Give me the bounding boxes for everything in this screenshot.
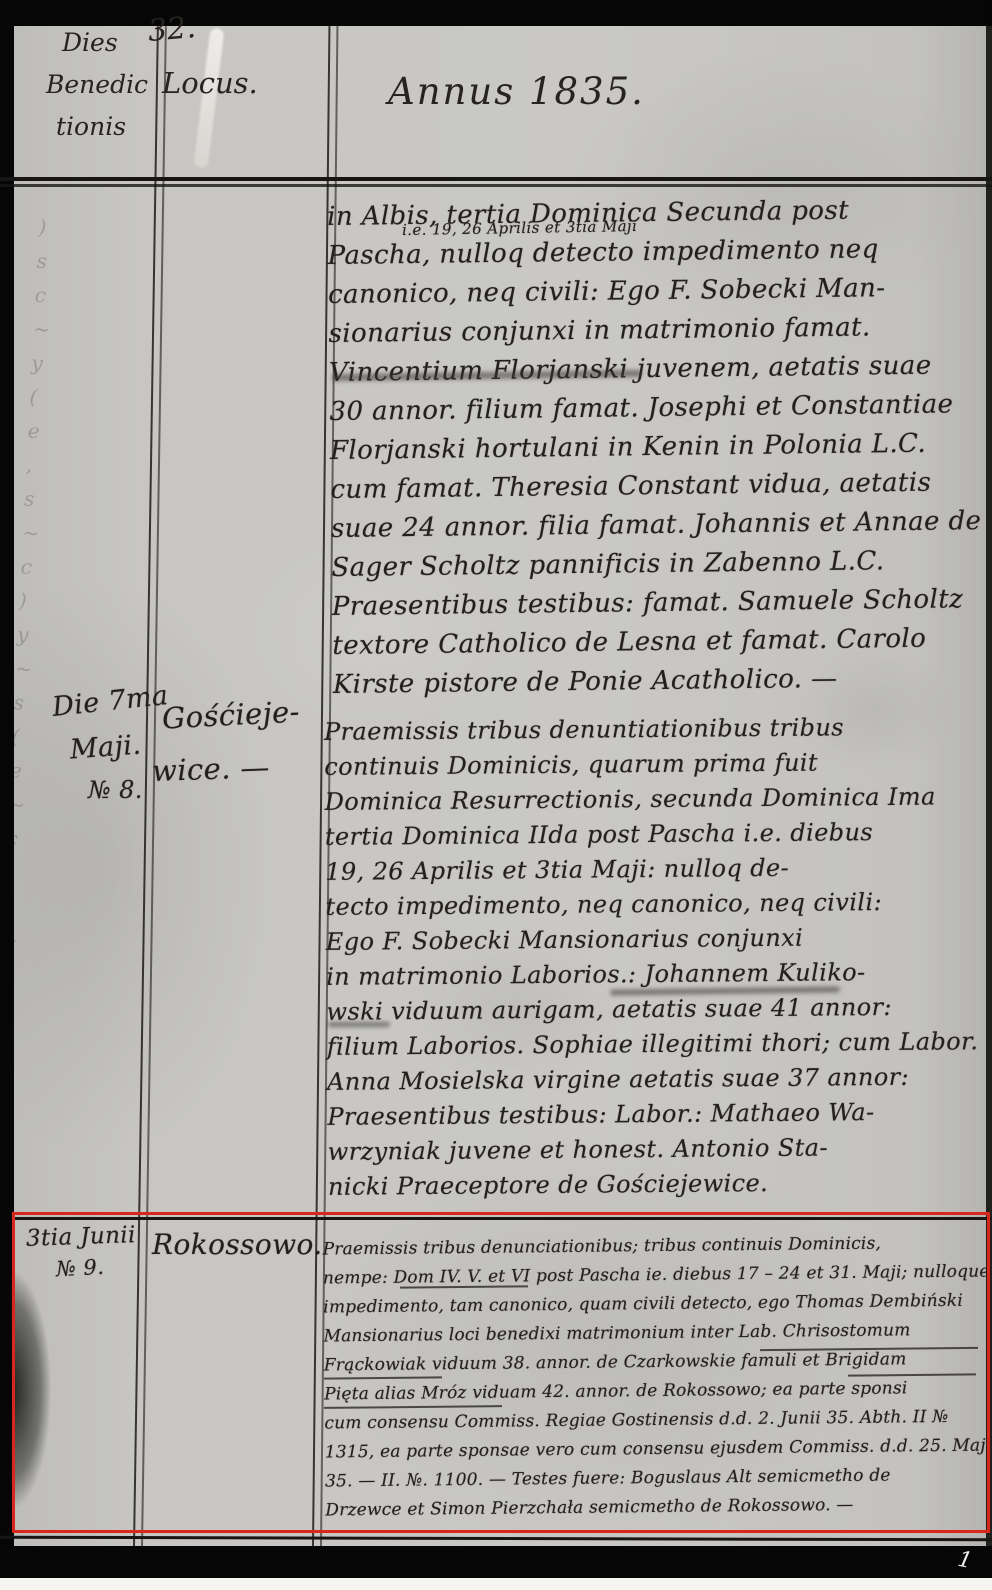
manuscript-line: textore Catholico de Lesna et famat. Car… bbox=[332, 619, 987, 666]
manuscript-line: Dominica Resurrectionis, secunda Dominic… bbox=[324, 779, 982, 820]
manuscript-line: Kirste pistore de Ponie Acatholico. — bbox=[333, 658, 988, 705]
manuscript-line: Praesentibus testibus: Labor.: Mathaeo W… bbox=[327, 1094, 985, 1135]
underline-smudge-kulikowski-2 bbox=[328, 1022, 390, 1027]
manuscript-line: suae 24 annor. filia famat. Johannis et … bbox=[331, 502, 986, 549]
header-rule-lower bbox=[0, 184, 992, 187]
manuscript-line: Praemissis tribus denuntiationibus tribu… bbox=[324, 709, 982, 750]
row-2-date-line2: Maji. bbox=[69, 730, 142, 766]
manuscript-line: wski viduum aurigam, aetatis suae 41 ann… bbox=[326, 989, 984, 1030]
manuscript-line: tertia Dominica IIda post Pascha i.e. di… bbox=[325, 814, 983, 855]
register-row-1-body: in Albis, tertia Dominica Secunda post P… bbox=[327, 190, 988, 705]
highlight-box bbox=[12, 1212, 990, 1533]
folio-number: 32. bbox=[147, 10, 198, 49]
row-2-place-line2: wice. — bbox=[151, 750, 270, 788]
manuscript-line: Ego F. Sobecki Mansionarius conjunxi bbox=[326, 919, 984, 960]
manuscript-line: filium Laborios. Sophiae illegitimi thor… bbox=[327, 1024, 985, 1065]
register-scan-page: ) s c ~ y ( e , s ~ c ) y ~ s ( e ~ c ) … bbox=[0, 0, 992, 1590]
manuscript-line: continuis Dominicis, quarum prima fuit bbox=[324, 744, 982, 785]
manuscript-line: 19, 26 Aprilis et 3tia Maji: nulloq de- bbox=[325, 849, 983, 890]
manuscript-line: wrzyniak juvene et honest. Antonio Sta- bbox=[328, 1129, 986, 1170]
manuscript-line: Anna Mosielska virgine aetatis suae 37 a… bbox=[327, 1059, 985, 1100]
row-2-record-number: № 8. bbox=[88, 776, 143, 804]
header-col2-label: Locus. bbox=[162, 66, 258, 100]
header-col1-line2: Benedic bbox=[46, 70, 148, 99]
manuscript-line: nicki Praeceptore de Gościejewice. bbox=[328, 1164, 986, 1205]
header-rule-upper bbox=[0, 177, 992, 181]
scan-border-bottom bbox=[0, 1546, 992, 1578]
row-2-place-line1: Gośćieje- bbox=[161, 694, 300, 735]
manuscript-line: canonico, neq civili: Ego F. Sobecki Man… bbox=[328, 268, 983, 315]
register-row-2-body: Praemissis tribus denuntiationibus tribu… bbox=[324, 709, 986, 1205]
header-year-title: Annus 1835. bbox=[388, 70, 645, 113]
manuscript-line: tecto impedimento, neq canonico, neq civ… bbox=[325, 884, 983, 925]
header-col1-line3: tionis bbox=[56, 112, 126, 141]
header-col1-line1: Dies bbox=[62, 28, 118, 57]
scan-margin-bottom bbox=[0, 1578, 992, 1590]
